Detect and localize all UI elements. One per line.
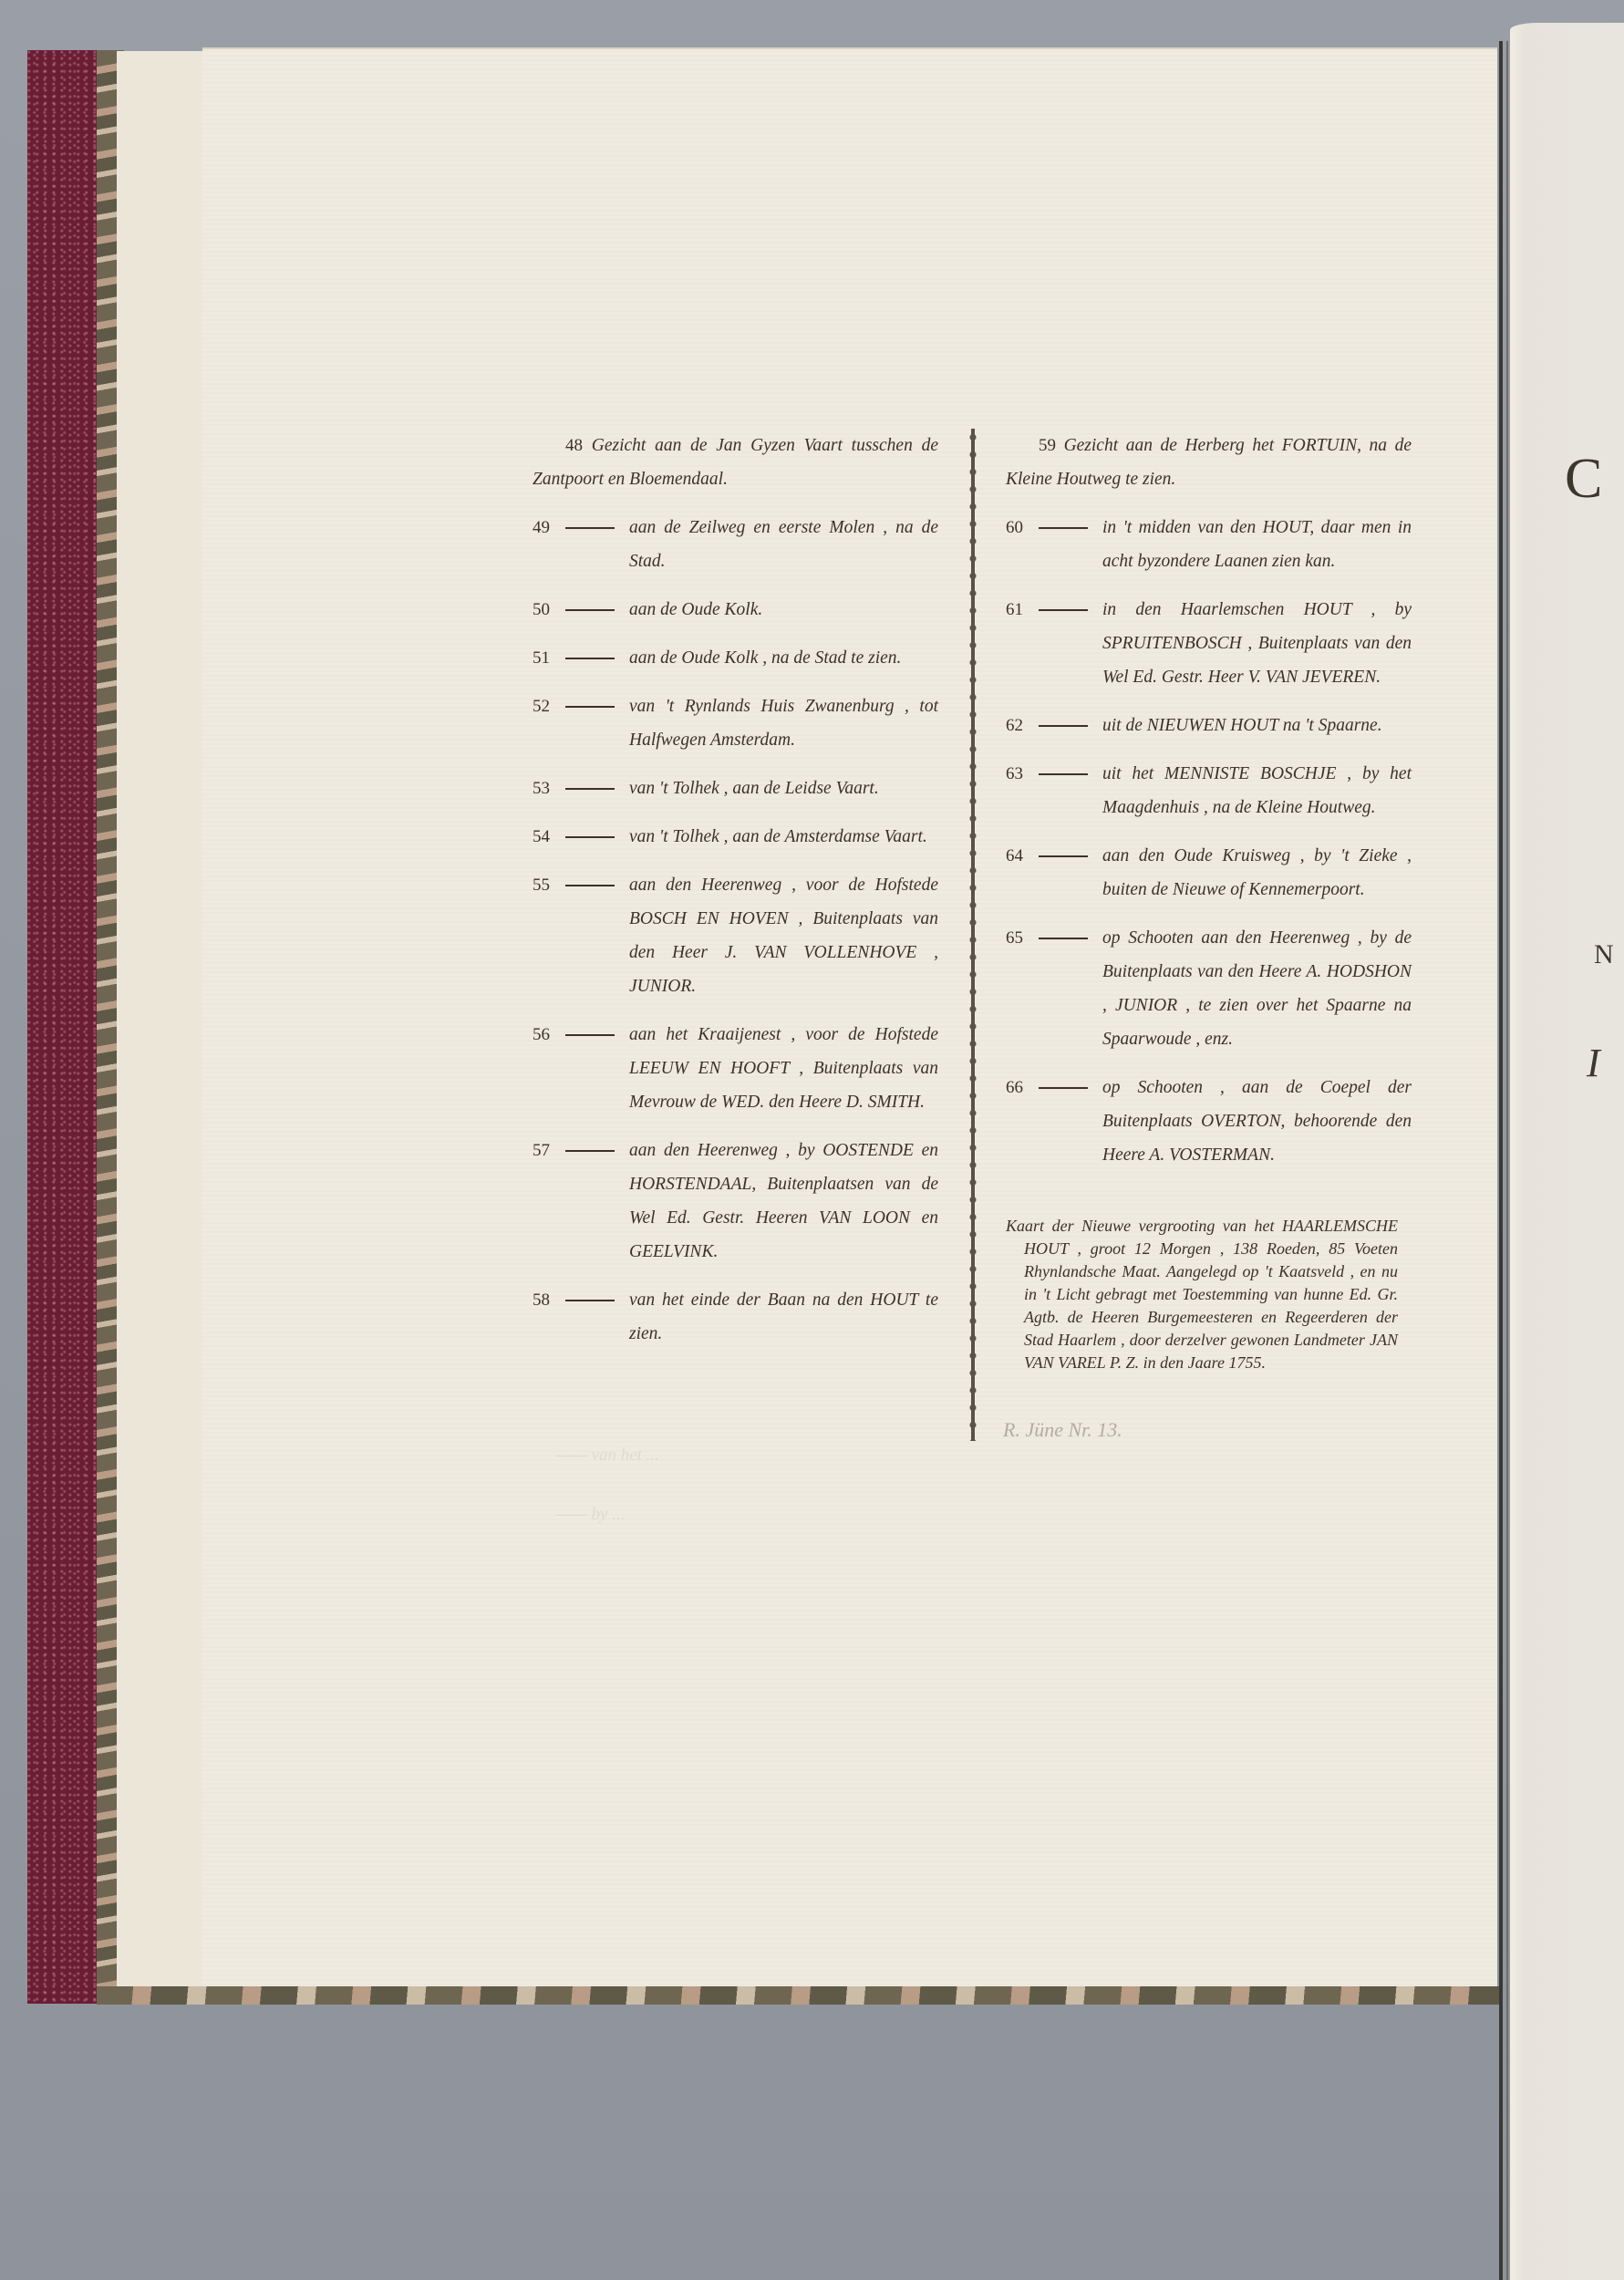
gutter-edge — [1506, 41, 1508, 2280]
ditto-dash — [565, 885, 615, 886]
item-number: 56 — [533, 1018, 550, 1052]
list-item: 64 aan den Oude Kruisweg , by 't Zieke ,… — [1006, 839, 1412, 907]
pencil-annotation: R. Jüne Nr. 13. — [1003, 1418, 1122, 1442]
facing-page: C N I — [1510, 23, 1624, 2280]
item-number: 57 — [533, 1134, 550, 1167]
list-item: 61 in den Haarlemschen HOUT , by SPRUITE… — [1006, 593, 1412, 694]
item-text: aan den Oude Kruisweg , by 't Zieke , bu… — [1006, 839, 1412, 907]
facing-page-letter: N — [1594, 939, 1614, 970]
item-number: 48 — [565, 436, 583, 455]
item-number: 62 — [1006, 709, 1023, 742]
facing-page-letter: C — [1565, 447, 1602, 512]
ditto-dash — [565, 788, 615, 790]
item-number: 51 — [533, 641, 550, 675]
right-column-list: 59 Gezicht aan de Herberg het FORTUIN, n… — [1006, 429, 1412, 1187]
item-text: aan den Heerenweg , by OOSTENDE en HORST… — [533, 1134, 938, 1269]
item-text: in 't midden van den HOUT, daar men in a… — [1006, 511, 1412, 578]
item-number: 61 — [1006, 593, 1023, 627]
list-item: 58 van het einde der Baan na den HOUT te… — [533, 1283, 938, 1351]
list-item: 48 Gezicht aan de Jan Gyzen Vaart tussch… — [533, 429, 938, 496]
list-item: 66 op Schooten , aan de Coepel der Buite… — [1006, 1071, 1412, 1172]
item-number: 63 — [1006, 757, 1023, 791]
item-number: 66 — [1006, 1071, 1023, 1104]
list-item: 62 uit de NIEUWEN HOUT na 't Spaarne. — [1006, 709, 1412, 742]
list-item: 56 aan het Kraaijenest , voor de Hofsted… — [533, 1018, 938, 1119]
ditto-dash — [565, 1150, 615, 1152]
list-item: 53 van 't Tolhek , aan de Leidse Vaart. — [533, 772, 938, 805]
caption-text: Kaart der Nieuwe vergrooting van het HAA… — [1006, 1215, 1398, 1374]
item-text: aan het Kraaijenest , voor de Hofstede L… — [533, 1018, 938, 1119]
list-item: 63 uit het MENNISTE BOSCHJE , by het Maa… — [1006, 757, 1412, 824]
item-text: in den Haarlemschen HOUT , by SPRUITENBO… — [1006, 593, 1412, 694]
item-text: op Schooten , aan de Coepel der Buitenpl… — [1006, 1071, 1412, 1172]
item-text: van 't Rynlands Huis Zwanenburg , tot Ha… — [533, 689, 938, 757]
item-number: 55 — [533, 868, 550, 902]
item-text: Gezicht aan de Herberg het FORTUIN, na d… — [1006, 436, 1412, 489]
item-text: uit het MENNISTE BOSCHJE , by het Maagde… — [1006, 757, 1412, 824]
list-item: 49 aan de Zeilweg en eerste Molen , na d… — [533, 511, 938, 578]
item-number: 49 — [533, 511, 550, 544]
item-text: aan de Zeilweg en eerste Molen , na de S… — [533, 511, 938, 578]
ditto-dash — [565, 836, 615, 838]
item-number: 65 — [1006, 921, 1023, 955]
item-number: 60 — [1006, 511, 1023, 544]
ditto-dash — [565, 706, 615, 708]
list-item: 60 in 't midden van den HOUT, daar men i… — [1006, 511, 1412, 578]
item-number: 52 — [533, 689, 550, 723]
show-through-text: —— by ... — [556, 1505, 625, 1525]
ditto-dash — [1039, 938, 1088, 939]
ditto-dash — [1039, 1087, 1088, 1089]
list-item: 54 van 't Tolhek , aan de Amsterdamse Va… — [533, 820, 938, 854]
item-text: van het einde der Baan na den HOUT te zi… — [533, 1283, 938, 1351]
list-item: 51 aan de Oude Kolk , na de Stad te zien… — [533, 641, 938, 675]
ditto-dash — [1039, 527, 1088, 529]
list-item: 65 op Schooten aan den Heerenweg , by de… — [1006, 921, 1412, 1056]
ditto-dash — [565, 527, 615, 529]
item-text: Gezicht aan de Jan Gyzen Vaart tusschen … — [533, 436, 938, 489]
ditto-dash — [1039, 855, 1088, 857]
item-number: 64 — [1006, 839, 1023, 873]
item-number: 59 — [1039, 436, 1056, 455]
item-text: aan den Heerenweg , voor de Hofstede BOS… — [533, 868, 938, 1003]
item-number: 54 — [533, 820, 550, 854]
ditto-dash — [565, 609, 615, 611]
ditto-dash — [1039, 725, 1088, 727]
ditto-dash — [1039, 609, 1088, 611]
item-text: op Schooten aan den Heerenweg , by de Bu… — [1006, 921, 1412, 1056]
ditto-dash — [565, 1034, 615, 1036]
item-number: 50 — [533, 593, 550, 627]
flyleaf — [117, 51, 210, 1988]
marbled-bottom-edge — [97, 1986, 1501, 2005]
ditto-dash — [1039, 773, 1088, 775]
item-number: 58 — [533, 1283, 550, 1317]
item-number: 53 — [533, 772, 550, 805]
facing-page-letter: I — [1587, 1040, 1600, 1086]
ditto-dash — [565, 658, 615, 659]
list-item: 59 Gezicht aan de Herberg het FORTUIN, n… — [1006, 429, 1412, 496]
list-item: 52 van 't Rynlands Huis Zwanenburg , tot… — [533, 689, 938, 757]
list-item: 57 aan den Heerenweg , by OOSTENDE en HO… — [533, 1134, 938, 1269]
ditto-dash — [565, 1300, 615, 1301]
show-through-text: —— van het ... — [556, 1446, 659, 1466]
gutter-shadow — [1499, 41, 1503, 2280]
map-caption: Kaart der Nieuwe vergrooting van het HAA… — [1006, 1215, 1398, 1374]
left-column-list: 48 Gezicht aan de Jan Gyzen Vaart tussch… — [533, 429, 938, 1365]
list-item: 55 aan den Heerenweg , voor de Hofstede … — [533, 868, 938, 1003]
list-item: 50 aan de Oude Kolk. — [533, 593, 938, 627]
floral-ornament-divider — [961, 429, 985, 1441]
leather-spine — [27, 50, 98, 2004]
